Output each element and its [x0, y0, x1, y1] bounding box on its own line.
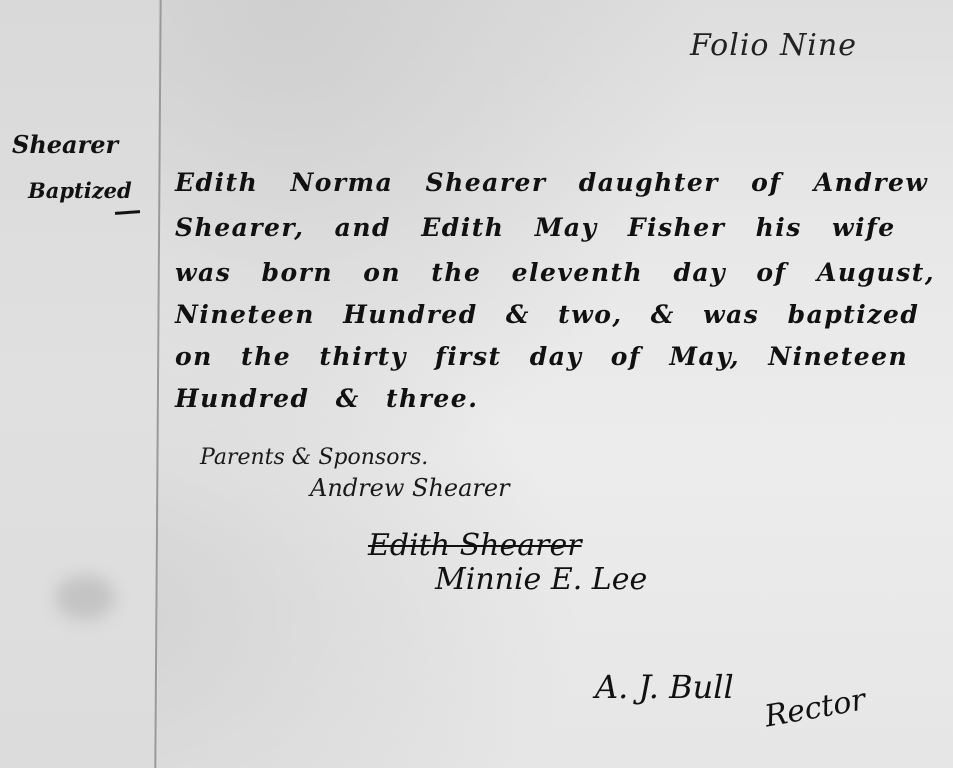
- entry-line: on the thirty first day of May, Nineteen: [175, 342, 908, 371]
- officiant-title: Rector: [762, 682, 868, 734]
- signature-sponsor: Minnie E. Lee: [435, 562, 647, 597]
- entry-line: Shearer, and Edith May Fisher his wife: [175, 213, 896, 242]
- entry-line: Hundred & three.: [175, 384, 478, 413]
- parents-sponsors-label: Parents & Sponsors.: [200, 445, 428, 470]
- entry-line: Nineteen Hundred & two, & was baptized: [175, 300, 919, 329]
- entry-line: was born on the eleventh day of August,: [175, 258, 935, 287]
- folio-number: Folio Nine: [690, 28, 857, 63]
- margin-event-label: Baptized: [28, 178, 132, 203]
- paper-stain: [55, 575, 115, 620]
- left-margin-column: [0, 0, 158, 768]
- signature-mother: Edith Shearer: [368, 528, 582, 563]
- signature-father: Andrew Shearer: [310, 474, 510, 502]
- entry-line: Edith Norma Shearer daughter of Andrew: [175, 168, 928, 197]
- margin-surname: Shearer: [12, 130, 118, 159]
- register-page: Folio Nine Shearer Baptized Edith Norma …: [0, 0, 953, 768]
- signature-officiant: A. J. Bull: [595, 668, 734, 706]
